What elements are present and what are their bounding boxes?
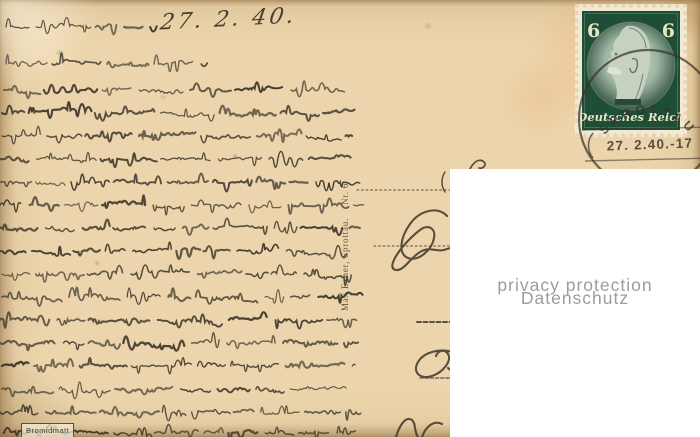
privacy-protection-overlay: privacy protection Datenschutz [450, 169, 700, 437]
postmark-bridge-line-bottom [585, 158, 700, 161]
postmark-town-text: SPROTTAU [597, 102, 700, 137]
privacy-text-block: privacy protection Datenschutz [450, 279, 700, 305]
postmark-date-text: 27. 2.40.-17 [607, 135, 694, 153]
privacy-line-de: Datenschutz [450, 292, 700, 305]
postcard-scan: 27. 2. 40. Max Exner, Sprottau.Nr. 6 Bro… [0, 0, 700, 437]
